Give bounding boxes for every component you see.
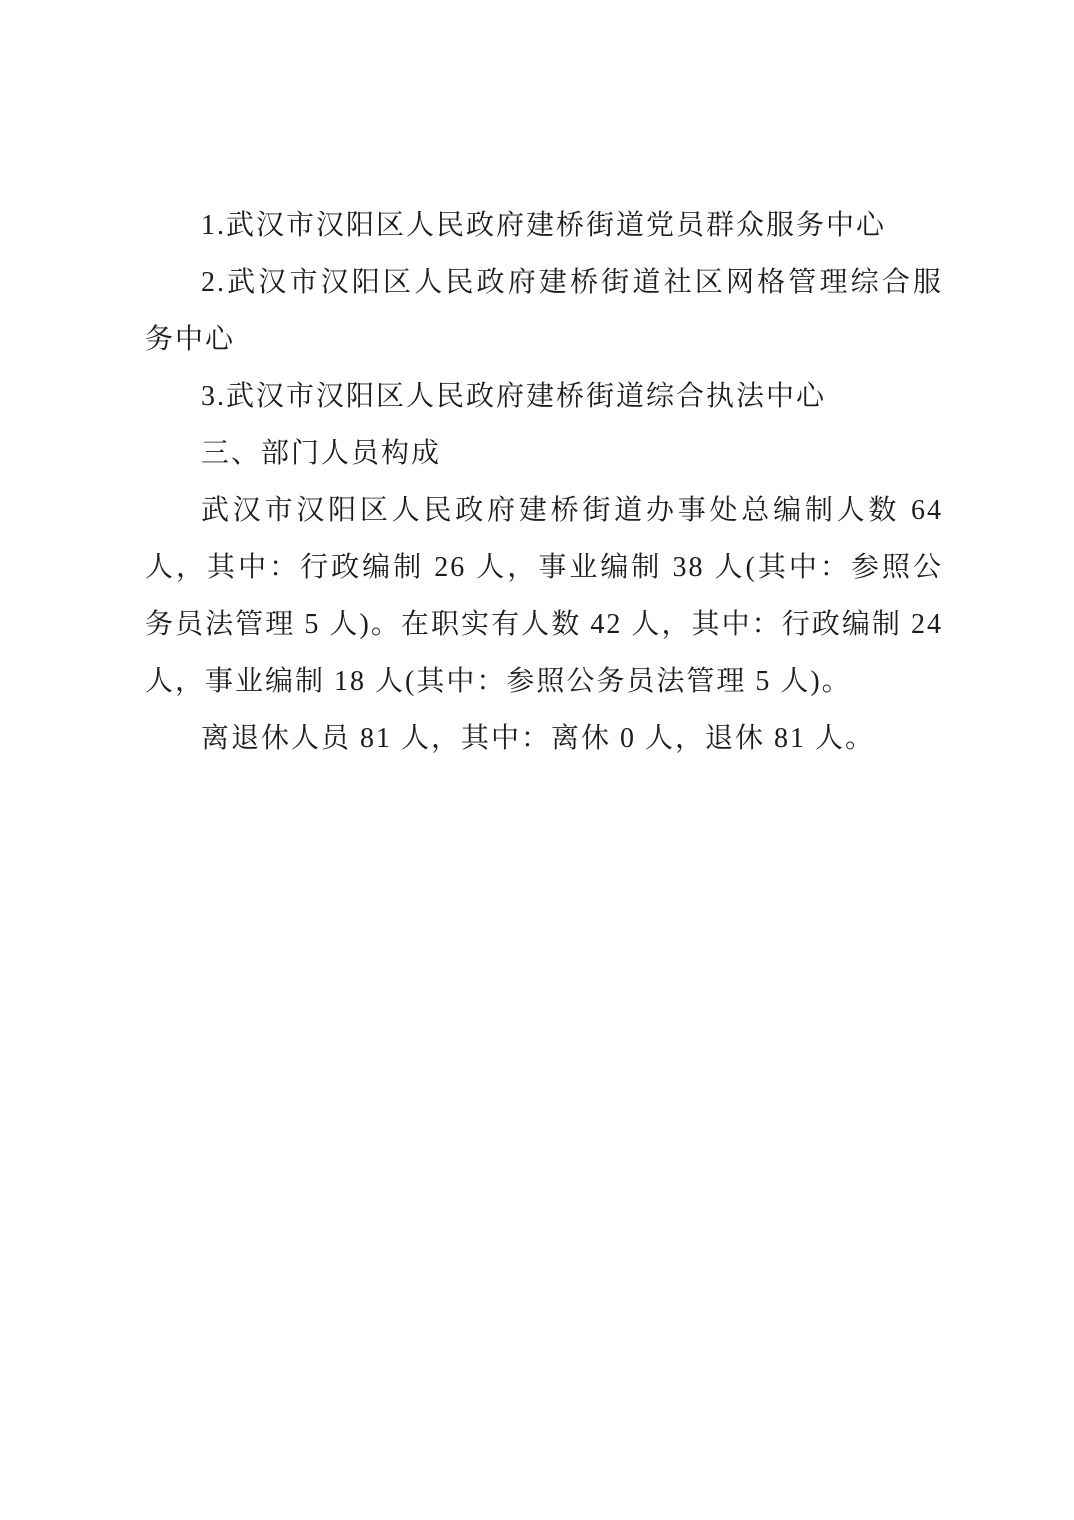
numbered-item-2: 2.武汉市汉阳区人民政府建桥街道社区网格管理综合服务中心 (145, 254, 943, 368)
staffing-statistics-paragraph: 武汉市汉阳区人民政府建桥街道办事处总编制人数 64 人，其中：行政编制 26 人… (145, 482, 943, 710)
document-page: 1.武汉市汉阳区人民政府建桥街道党员群众服务中心 2.武汉市汉阳区人民政府建桥街… (0, 0, 1074, 1520)
section-heading-personnel: 三、部门人员构成 (145, 425, 943, 482)
document-body: 1.武汉市汉阳区人民政府建桥街道党员群众服务中心 2.武汉市汉阳区人民政府建桥街… (145, 197, 943, 767)
numbered-item-1: 1.武汉市汉阳区人民政府建桥街道党员群众服务中心 (145, 197, 943, 254)
retiree-statistics-paragraph: 离退休人员 81 人，其中：离休 0 人，退休 81 人。 (145, 710, 943, 767)
numbered-item-3: 3.武汉市汉阳区人民政府建桥街道综合执法中心 (145, 368, 943, 425)
